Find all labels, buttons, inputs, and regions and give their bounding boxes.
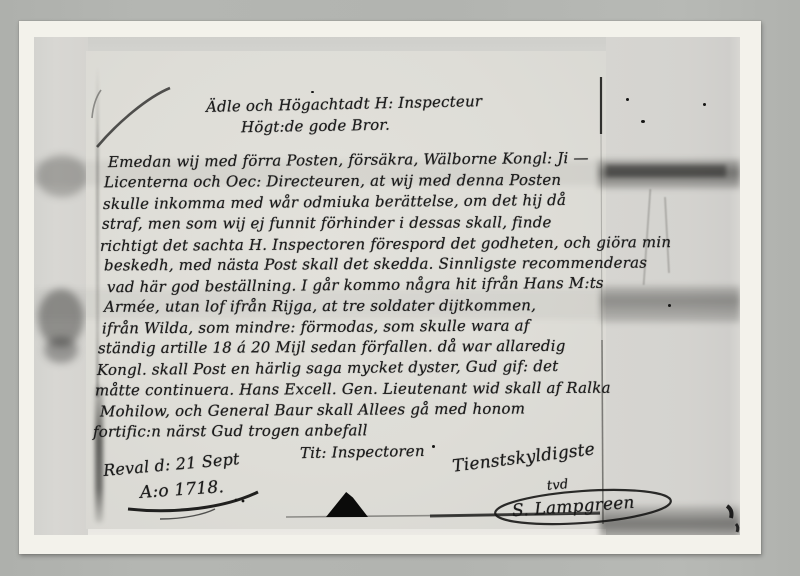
signature-formula: Tienstskyldigste [451,440,596,476]
crease-mark [97,88,170,147]
letter-body-line: Kongl. skall Post en härlig saga mycket … [97,358,559,379]
letter-body-line: ständig artille 18 á 20 Mijl sedan förfa… [98,338,566,357]
ink-dot [242,500,245,503]
ink-speck [432,445,435,448]
ink-speck [668,304,671,307]
letter-closing: Tit: Inspectoren [300,443,425,462]
letter-heading-line: Högt:de gode Bror. [241,117,390,136]
letter-body-line: beskedh, med nästa Post skall det skedda… [104,255,647,274]
date-underline-flourish [160,509,215,519]
ink-speck [311,91,314,93]
crease-mark-small [92,90,101,118]
letter-body-line: skulle inkomma med wår odmiuka berättels… [103,192,566,213]
letter-body-line: Licenterna och Oec: Directeuren, at wij … [104,172,561,191]
letter-body-line: vad här god beställning. I går kommo någ… [107,275,604,296]
edge-speck [736,524,738,532]
letter-body-line: richtigt det sachta H. Inspectoren föres… [100,234,671,254]
letter-body-line: Emedan wij med förra Posten, försäkra, W… [108,150,589,171]
ink-speck [703,103,706,106]
ink-speck [641,120,645,123]
edge-speck [727,506,732,518]
handwriting-layer: Ädle och Högachtadt H: Inspecteur Högt:d… [0,0,800,576]
letter-body-line: straf, men som wij ej funnit förhinder i… [102,214,552,232]
letter-body-line: fortific:n närst Gud trogen anbefall [93,422,368,440]
letter-body-line: Mohilow, och General Baur skall Allees g… [100,401,525,420]
letter-dateline-year: A:o 1718. [139,478,224,503]
letter-body-line: Armée, utan lof ifrån Rijga, at tre sold… [104,297,536,315]
black-triangle-blot [326,492,368,517]
signature-name: S. Lampgreen [511,494,635,521]
letter-dateline-place: Reval d: 21 Sept [102,450,240,479]
signature-middle: tvd [546,478,569,494]
letter-heading-line: Ädle och Högachtadt H: Inspecteur [206,93,483,115]
ink-speck [626,98,629,101]
letter-body-line: måtte continuera. Hans Excell. Gen. Lieu… [95,380,611,399]
ink-speck [288,427,290,429]
letter-body-line: ifrån Wilda, som mindre: förmodas, som s… [102,318,530,337]
ink-dot [235,499,238,502]
